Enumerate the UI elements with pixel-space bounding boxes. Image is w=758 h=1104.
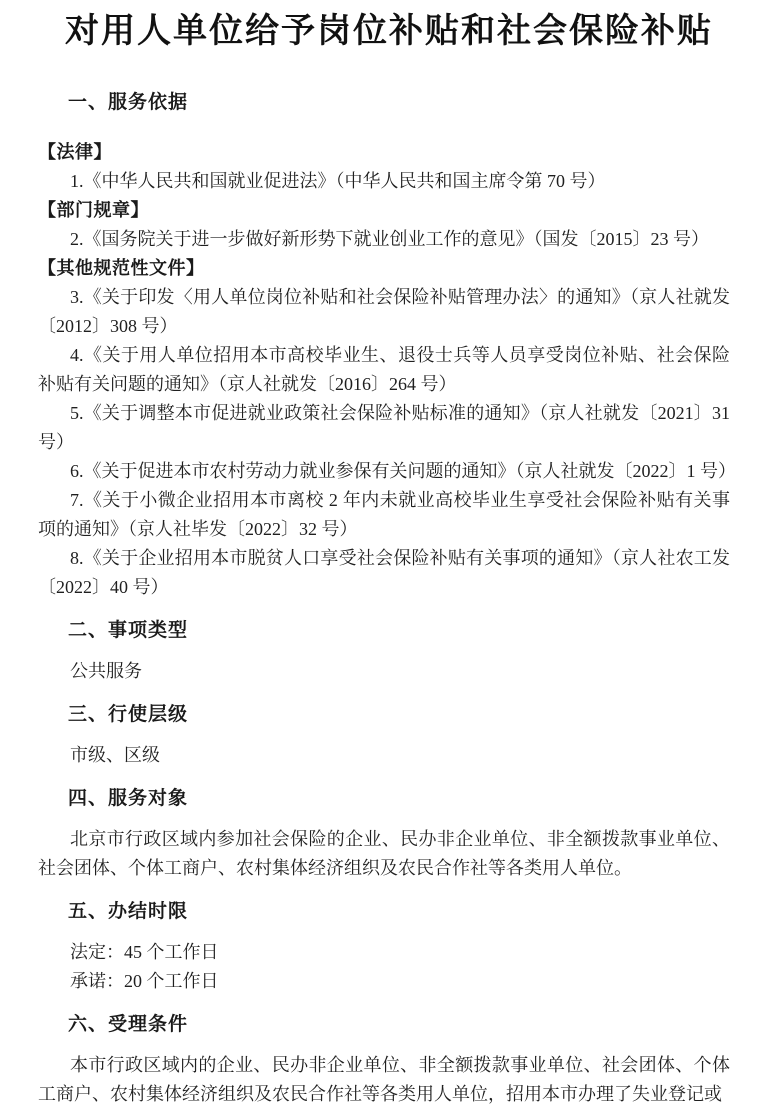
section-exercise-level: 三、行使层级 市级、区级 xyxy=(38,702,730,770)
group-label-other-normative-documents: 【其他规范性文件】 xyxy=(38,254,730,283)
reference-item-5: 5.《关于调整本市促进就业政策社会保险补贴标准的通知》（京人社就发〔2021〕3… xyxy=(38,399,730,457)
section-service-basis: 一、服务依据 【法律】 1.《中华人民共和国就业促进法》（中华人民共和国主席令第… xyxy=(38,90,730,602)
reference-item-4: 4.《关于用人单位招用本市高校毕业生、退役士兵等人员享受岗位补贴、社会保险补贴有… xyxy=(38,341,730,399)
section-heading-service-target: 四、服务对象 xyxy=(38,786,730,812)
section-acceptance-conditions: 六、受理条件 本市行政区域内的企业、民办非企业单位、非全额拨款事业单位、社会团体… xyxy=(38,1012,730,1104)
group-label-department-regulations: 【部门规章】 xyxy=(38,196,730,225)
section-item-type: 二、事项类型 公共服务 xyxy=(38,618,730,686)
section-service-target: 四、服务对象 北京市行政区域内参加社会保险的企业、民办非企业单位、非全额拨款事业… xyxy=(38,786,730,883)
reference-item-6: 6.《关于促进本市农村劳动力就业参保有关问题的通知》（京人社就发〔2022〕1 … xyxy=(38,457,730,486)
section-completion-time-limit: 五、办结时限 法定：45 个工作日 承诺：20 个工作日 xyxy=(38,899,730,996)
item-type-value: 公共服务 xyxy=(38,657,730,686)
service-target-paragraph: 北京市行政区域内参加社会保险的企业、民办非企业单位、非全额拨款事业单位、社会团体… xyxy=(38,825,730,883)
document-page: 对用人单位给予岗位补贴和社会保险补贴 一、服务依据 【法律】 1.《中华人民共和… xyxy=(0,0,758,1104)
section-heading-acceptance-conditions: 六、受理条件 xyxy=(38,1012,730,1038)
reference-item-7: 7.《关于小微企业招用本市离校 2 年内未就业高校毕业生享受社会保险补贴有关事项… xyxy=(38,486,730,544)
group-label-law: 【法律】 xyxy=(38,138,730,167)
reference-item-8: 8.《关于企业招用本市脱贫人口享受社会保险补贴有关事项的通知》（京人社农工发〔2… xyxy=(38,544,730,602)
acceptance-conditions-paragraph: 本市行政区域内的企业、民办非企业单位、非全额拨款事业单位、社会团体、个体工商户、… xyxy=(38,1051,730,1104)
promised-time-limit: 承诺：20 个工作日 xyxy=(38,967,730,996)
section-heading-completion-time-limit: 五、办结时限 xyxy=(38,899,730,925)
statutory-time-limit: 法定：45 个工作日 xyxy=(38,938,730,967)
reference-item-1: 1.《中华人民共和国就业促进法》（中华人民共和国主席令第 70 号） xyxy=(38,167,730,196)
exercise-level-value: 市级、区级 xyxy=(38,741,730,770)
section-heading-exercise-level: 三、行使层级 xyxy=(38,702,730,728)
document-title: 对用人单位给予岗位补贴和社会保险补贴 xyxy=(38,8,740,56)
section-heading-service-basis: 一、服务依据 xyxy=(38,90,730,116)
reference-item-3: 3.《关于印发〈用人单位岗位补贴和社会保险补贴管理办法〉的通知》（京人社就发〔2… xyxy=(38,283,730,341)
section-heading-item-type: 二、事项类型 xyxy=(38,618,730,644)
reference-item-2: 2.《国务院关于进一步做好新形势下就业创业工作的意见》（国发〔2015〕23 号… xyxy=(38,225,730,254)
